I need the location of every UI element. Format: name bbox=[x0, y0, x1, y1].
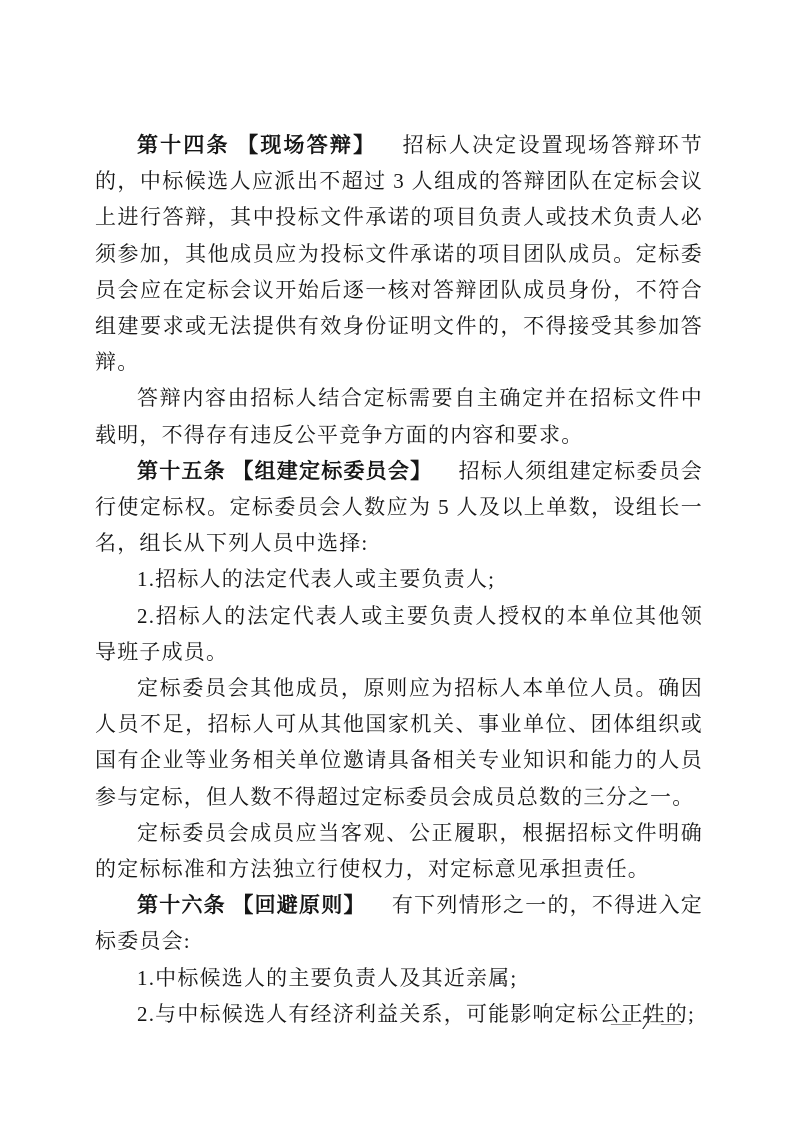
article-16-heading: 第十六条 【回避原则】 bbox=[137, 893, 366, 917]
article-14-heading: 第十四条 【现场答辩】 bbox=[137, 133, 376, 157]
article-15-heading: 第十五条 【组建定标委员会】 bbox=[137, 459, 432, 483]
list-item-text: 1.招标人的法定代表人或主要负责人; bbox=[137, 567, 495, 591]
document-page: 第十四条 【现场答辩】招标人决定设置现场答辩环节的，中标候选人应派出不超过 3 … bbox=[0, 0, 793, 1122]
paragraph-text: 定标委员会成员应当客观、公正履职，根据招标文件明确的定标标准和方法独立行使权力，… bbox=[95, 821, 703, 881]
list-item-1-article-15: 1.招标人的法定代表人或主要负责人; bbox=[95, 561, 703, 597]
list-item-text: 1.中标候选人的主要负责人及其近亲属; bbox=[137, 966, 517, 990]
document-body: 第十四条 【现场答辩】招标人决定设置现场答辩环节的，中标候选人应派出不超过 3 … bbox=[95, 127, 703, 1032]
list-item-2-article-15: 2.招标人的法定代表人或主要负责人授权的本单位其他领导班子成员。 bbox=[95, 598, 703, 670]
paragraph-committee-duty: 定标委员会成员应当客观、公正履职，根据招标文件明确的定标标准和方法独立行使权力，… bbox=[95, 815, 703, 887]
page-footer: — 7 — bbox=[611, 1010, 681, 1036]
paragraph-article-15: 第十五条 【组建定标委员会】招标人须组建定标委员会行使定标权。定标委员会人数应为… bbox=[95, 453, 703, 562]
list-item-1-article-16: 1.中标候选人的主要负责人及其近亲属; bbox=[95, 960, 703, 996]
paragraph-article-16: 第十六条 【回避原则】有下列情形之一的，不得进入定标委员会: bbox=[95, 887, 703, 959]
footer-right-dash: — bbox=[661, 1010, 681, 1036]
paragraph-text: 定标委员会其他成员，原则应为招标人本单位人员。确因人员不足，招标人可从其他国家机… bbox=[95, 676, 703, 809]
paragraph-defense-content: 答辩内容由招标人结合定标需要自主确定并在招标文件中载明，不得存有违反公平竞争方面… bbox=[95, 380, 703, 452]
list-item-text: 2.招标人的法定代表人或主要负责人授权的本单位其他领导班子成员。 bbox=[95, 604, 703, 664]
page-number: 7 bbox=[641, 1010, 651, 1036]
paragraph-text: 答辩内容由招标人结合定标需要自主确定并在招标文件中载明，不得存有违反公平竞争方面… bbox=[95, 386, 703, 446]
article-14-text: 招标人决定设置现场答辩环节的，中标候选人应派出不超过 3 人组成的答辩团队在定标… bbox=[95, 133, 703, 374]
paragraph-article-14: 第十四条 【现场答辩】招标人决定设置现场答辩环节的，中标候选人应派出不超过 3 … bbox=[95, 127, 703, 380]
footer-left-dash: — bbox=[611, 1010, 631, 1036]
paragraph-committee-members: 定标委员会其他成员，原则应为招标人本单位人员。确因人员不足，招标人可从其他国家机… bbox=[95, 670, 703, 815]
